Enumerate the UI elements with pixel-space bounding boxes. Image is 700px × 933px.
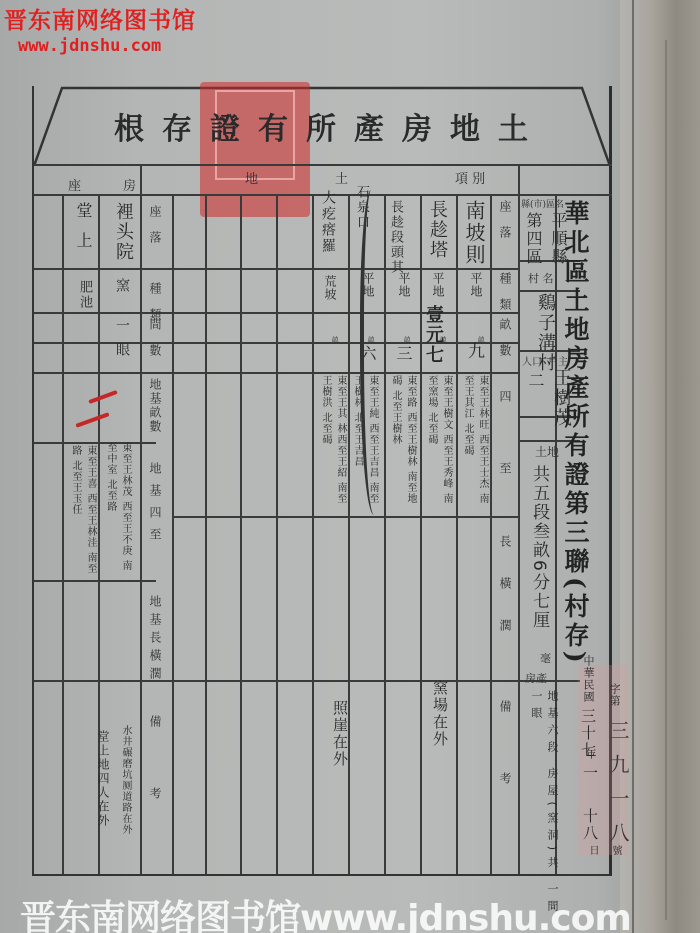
- parcel-2-location: 長趁塔: [424, 200, 450, 260]
- unit-mu: 畝: [404, 335, 411, 345]
- label-land-remarks: 備考: [497, 700, 514, 844]
- label-house-remarks: 備考: [147, 715, 164, 859]
- parcel-5-location: 大疙瘩羅: [318, 190, 338, 254]
- label-house-rooms: 間數: [147, 318, 164, 370]
- unit-mu: 畝: [332, 335, 339, 345]
- header-house: 房: [123, 175, 136, 194]
- grid-line: [34, 680, 580, 682]
- parcel-1-location: 南坡則: [460, 200, 489, 266]
- house-1-rooms: 一眼: [112, 318, 132, 366]
- parcel-2-type: 平地: [430, 272, 447, 298]
- header-land-2: 地: [245, 168, 258, 187]
- parcel-1-boundaries: 東至王林旺 西至王士杰 南至王其江 北至碣: [460, 375, 490, 515]
- label-persons: 人口: [522, 353, 542, 368]
- label-house-property: 房產: [525, 670, 547, 686]
- house-2-type: 肥池: [75, 280, 94, 310]
- label-land: 土地: [535, 443, 559, 460]
- date-day: 十八: [580, 808, 601, 842]
- district-value: 第四區: [522, 212, 545, 266]
- grid-line: [34, 442, 156, 444]
- watermark-bottom: 晋东南网络图书馆www.jdnshu.com: [20, 890, 631, 933]
- grid-line: [205, 194, 207, 874]
- parcel-1-type: 平地: [468, 272, 485, 298]
- grid-line: [172, 194, 174, 874]
- grid-line: [34, 580, 156, 582]
- fold-line: [665, 40, 667, 920]
- handwritten-pen-stroke: [360, 190, 388, 515]
- grid-line: [276, 194, 278, 874]
- unit-mu: 畝: [440, 335, 447, 345]
- remark-kiln-yard: 窯場在外: [430, 680, 451, 748]
- label-land-boundaries: 四至: [497, 390, 514, 534]
- grid-line: [240, 194, 242, 874]
- house-1-type: 窯: [112, 278, 132, 294]
- grid-line: [34, 164, 612, 166]
- grid-line: [140, 164, 142, 874]
- grid-line: [172, 516, 518, 518]
- parcel-3-boundaries: 東至路 西至王樹林 南至地碣 北至王樹林: [388, 375, 418, 515]
- house-2-boundaries: 東至王喜 西至王林洼 南至路 北至王玉任: [68, 445, 98, 575]
- header-item-category: 項 別: [455, 168, 485, 187]
- grid-line: [348, 194, 350, 874]
- house-1-location: 裡头院: [110, 202, 136, 262]
- grid-line: [420, 194, 422, 874]
- label-house-location: 座落: [147, 205, 164, 257]
- parcel-3-type: 平地: [396, 272, 413, 298]
- label-house-base-boundaries: 地基四至: [147, 462, 164, 550]
- serial-suffix: 號: [608, 845, 623, 856]
- date-month: 一: [580, 765, 601, 782]
- remark-cliff: 照崖在外: [330, 700, 351, 768]
- grid-line: [34, 268, 518, 270]
- land-total-value: 共五段叁畝6分七厘: [528, 465, 550, 630]
- header-land: 土: [335, 168, 348, 187]
- grid-line: [456, 194, 458, 874]
- unit-mu: 畝: [478, 335, 485, 345]
- grid-line: [34, 372, 518, 374]
- date-day-suffix: 日: [585, 845, 600, 856]
- persons-value: 二: [524, 372, 547, 390]
- label-house-base-dimensions: 地基長橫濶: [147, 595, 164, 685]
- house-2-location: 堂上: [72, 202, 95, 262]
- label-land-type: 種類: [497, 272, 514, 324]
- label-land-location: 座落: [497, 200, 514, 252]
- label-village: 村 名: [528, 270, 554, 286]
- parcel-3-area: 三: [392, 345, 415, 363]
- parcel-5-type: 荒坡: [322, 275, 339, 301]
- parcel-3-location: 長趁段頭其: [386, 200, 405, 275]
- label-house-base-area: 地基畝數: [147, 378, 164, 434]
- header-house-2: 座: [68, 175, 81, 194]
- serial-number: 三九一八: [604, 720, 633, 856]
- house-1-boundaries: 東至王林茂 西至王不庚 南至中室 北至路: [103, 442, 133, 577]
- parcel-5-boundaries: 東至王其 林西至王紹 南至王樹洪 北至碣: [318, 375, 348, 515]
- grid-line: [62, 194, 64, 874]
- grid-line: [490, 194, 492, 874]
- remark-hall-land: 堂上地四人在外: [95, 730, 112, 828]
- watermark-site-name: 晋东南网络图书馆: [4, 2, 196, 35]
- certificate-title: 華北區土地房產所有證第三聯(村存): [557, 200, 593, 667]
- serial-prefix: 字第: [606, 683, 622, 707]
- label-hao: 毫: [540, 650, 551, 666]
- date-prefix: 中華民國: [580, 655, 596, 703]
- label-land-area: 畝數: [497, 318, 514, 370]
- date-year-suffix: 年: [582, 748, 598, 760]
- parcel-2-boundaries: 東至王樹文 西至王秀峰 南至窯場 北至碣: [424, 375, 454, 515]
- remark-well-mill: 水井碾磨坑厕道路在外: [118, 725, 133, 875]
- grid-line: [312, 194, 314, 874]
- label-land-dimensions: 長橫濶: [497, 535, 514, 661]
- grid-line: [34, 194, 580, 196]
- grid-line: [518, 164, 520, 874]
- watermark-url[interactable]: www.jdnshu.com: [18, 36, 161, 56]
